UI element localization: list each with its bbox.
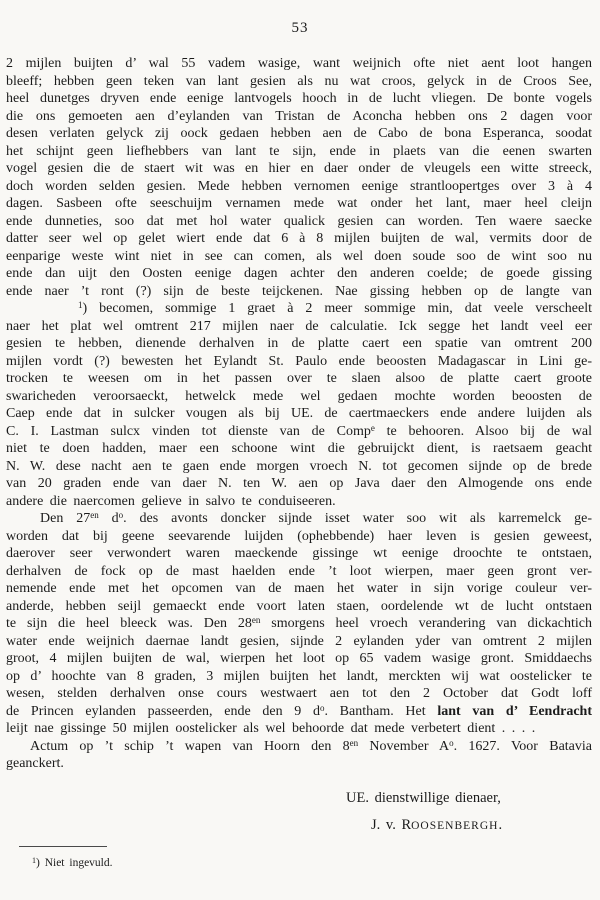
text-line: bleeff; hebben geen teken van lant gesie… — [6, 73, 592, 91]
text-line: N. W. dese nacht aen te gaen ende morgen… — [6, 458, 592, 476]
text-line: C. I. Lastman sulcx vinden tot dienste v… — [6, 423, 592, 441]
text-segment: ende naer ’t ront (?) sijn de beste teij… — [6, 284, 592, 299]
small-caps-text: oosenbergh — [411, 820, 498, 832]
text-line: datter seer wel op gelet wiert ende dat … — [6, 230, 592, 248]
text-segment: nemende ende met het opcomen van de maen… — [6, 581, 592, 596]
text-line: ende dan uijt den Oosten eenige dagen ac… — [6, 265, 592, 283]
text-segment: ende dunneties, soo dat met hol water qu… — [6, 214, 592, 229]
superscript-marker: en — [90, 510, 99, 520]
text-line: de Princen eylanden passeerden, ende den… — [6, 703, 592, 721]
text-segment: ) Niet ingevuld. — [36, 857, 113, 869]
text-segment: van 20 graden ende van daer N. ten W. ae… — [6, 476, 592, 491]
text-segment: C. I. Lastman sulcx vinden tot dienste v… — [6, 424, 371, 439]
page-number: 53 — [0, 0, 600, 37]
text-line: wesen, stelden derhalven onse cours west… — [6, 685, 592, 703]
text-segment: andere die naercomen gelieve in salvo te… — [6, 494, 336, 509]
text-line: 1) becomen, sommige 1 graet à 2 meer som… — [6, 300, 592, 318]
text-line: Actum op ’t schip ’t wapen van Hoorn den… — [6, 738, 592, 756]
text-segment: ) becomen, sommige 1 graet à 2 meer somm… — [83, 301, 593, 316]
text-segment: wesen, stelden derhalven onse cours west… — [6, 686, 592, 701]
text-line: 2 mijlen buijten d’ wal 55 vadem wasige,… — [6, 55, 592, 73]
document-page: 53 2 mijlen buijten d’ wal 55 vadem wasi… — [0, 0, 600, 900]
text-segment: die ons gemoeten aen d’eylanden van Tris… — [6, 109, 592, 124]
text-segment: vogel gesien die de staert wit was en hi… — [6, 161, 592, 176]
text-segment: desen verlaten gelyck zij oock gedaen he… — [6, 126, 592, 141]
text-segment: daerover seer verwondert waren maeckende… — [6, 546, 592, 561]
text-line: Caep ende dat in sulcker vougen als bij … — [6, 405, 592, 423]
text-line: dagen. Sasbeen ofte seeschuijm vernamen … — [6, 195, 592, 213]
text-segment: groot, 4 mijlen buijten de wal, wierpen … — [6, 651, 592, 666]
text-segment: 2 mijlen buijten d’ wal 55 vadem wasige,… — [6, 56, 592, 71]
text-segment: dagen. Sasbeen ofte seeschuijm vernamen … — [6, 196, 592, 211]
text-segment: Caep ende dat in sulcker vougen als bij … — [6, 406, 592, 421]
text-line: gesien te hebben, dienende derhalven in … — [6, 335, 592, 353]
text-segment: N. W. dese nacht aen te gaen ende morgen… — [6, 459, 592, 474]
text-segment: te sijn die heel bleeck was. Den 28 — [6, 616, 252, 631]
text-segment: . 1627. Voor Batavia — [454, 739, 592, 754]
text-segment: . des avonts doncker sijnde isset water … — [123, 511, 592, 526]
text-line: naer het plat wel omtrent 217 mijlen nae… — [6, 318, 592, 336]
text-line: groot, 4 mijlen buijten de wal, wierpen … — [6, 650, 592, 668]
text-line: water ende weijnich daernae landt gesien… — [6, 633, 592, 651]
paragraph: 2 mijlen buijten d’ wal 55 vadem wasige,… — [6, 55, 592, 510]
text-line: op d’ hoochte van 8 graden, 3 mijlen bui… — [6, 668, 592, 686]
text-segment: heel dunetges dryven ende eenige lantvog… — [6, 91, 592, 106]
text-line: daerover seer verwondert waren maeckende… — [6, 545, 592, 563]
text-segment: doch worden selden gesien. Mede hebben v… — [6, 179, 592, 194]
text-segment: datter seer wel op gelet wiert ende dat … — [6, 231, 592, 246]
superscript-marker: en — [350, 738, 359, 748]
paragraph: Den 27en do. des avonts doncker sijnde i… — [6, 510, 592, 738]
text-line: swaricheden veroorsaeckt, hetwelck mede … — [6, 388, 592, 406]
text-segment: mijlen vordt (?) bewesten het Eylandt St… — [6, 354, 592, 369]
text-segment: te behooren. Alsoo bij de wal — [375, 424, 592, 439]
text-line: heel dunetges dryven ende eenige lantvog… — [6, 90, 592, 108]
text-segment: bleeff; hebben geen teken van lant gesie… — [6, 74, 592, 89]
text-segment: . — [498, 817, 502, 833]
text-segment: water ende weijnich daernae landt gesien… — [6, 634, 592, 649]
text-line: Den 27en do. des avonts doncker sijnde i… — [6, 510, 592, 528]
text-line: ende dunneties, soo dat met hol water qu… — [6, 213, 592, 231]
text-line: die ons gemoeten aen d’eylanden van Tris… — [6, 108, 592, 126]
signature-block: UE. dienstwillige dienaer,J. v. Roosenbe… — [0, 785, 600, 840]
text-segment: Den 27 — [40, 511, 90, 526]
text-segment: de Princen eylanden passeerden, ende den… — [6, 704, 320, 719]
text-line: eenparige weste wint niet in see can com… — [6, 248, 592, 266]
text-line: nemende ende met het opcomen van de maen… — [6, 580, 592, 598]
text-segment: J. v. R — [371, 817, 411, 833]
text-line: vogel gesien die de staert wit was en hi… — [6, 160, 592, 178]
text-line: trocken te weesen om in het passen over … — [6, 370, 592, 388]
text-line: van 20 graden ende van daer N. ten W. ae… — [6, 475, 592, 493]
text-line: geanckert. — [6, 755, 592, 773]
text-segment: anderde, hebben seijl gemaeckt ende voor… — [6, 599, 592, 614]
text-line: doch worden selden gesien. Mede hebben v… — [6, 178, 592, 196]
text-segment: UE. dienstwillige dienaer, — [346, 790, 501, 806]
text-line: andere die naercomen gelieve in salvo te… — [6, 493, 592, 511]
footnote-text: 1) Niet ingevuld. — [6, 856, 406, 870]
text-line: mijlen vordt (?) bewesten het Eylandt St… — [6, 353, 592, 371]
text-line: UE. dienstwillige dienaer, — [0, 785, 600, 812]
footnote: 1) Niet ingevuld. — [6, 846, 406, 870]
text-line: J. v. Roosenbergh. — [0, 812, 600, 840]
text-segment: d — [99, 511, 119, 526]
text-segment: trocken te weesen om in het passen over … — [6, 371, 592, 386]
text-segment: ende dan uijt den Oosten eenige dagen ac… — [6, 266, 592, 281]
text-segment: Actum op ’t schip ’t wapen van Hoorn den… — [30, 739, 350, 754]
text-segment: gesien te hebben, dienende derhalven in … — [6, 336, 592, 351]
text-segment: smorgens heel vroech verandering van dic… — [260, 616, 592, 631]
text-line: niet te doen hadden, maer een schoone wi… — [6, 440, 592, 458]
text-line: anderde, hebben seijl gemaeckt ende voor… — [6, 598, 592, 616]
text-segment: swaricheden veroorsaeckt, hetwelck mede … — [6, 389, 592, 404]
text-line: worden dat bij geene seevarende luijden … — [6, 528, 592, 546]
text-segment: November A — [358, 739, 449, 754]
text-segment: op d’ hoochte van 8 graden, 3 mijlen bui… — [6, 669, 592, 684]
text-segment: derhalven de fock op de mast haelden end… — [6, 564, 592, 579]
text-segment: worden dat bij geene seevarende luijden … — [6, 529, 592, 544]
text-segment: . Bantham. Het — [324, 704, 437, 719]
text-line: het schijnt geen liefhebbers van lant te… — [6, 143, 592, 161]
footnote-rule — [19, 846, 107, 847]
text-segment: naer het plat wel omtrent 217 mijlen nae… — [6, 319, 592, 334]
text-segment: niet te doen hadden, maer een schoone wi… — [6, 441, 592, 456]
text-line: leijt nae gissinge 50 mijlen oostelicker… — [6, 720, 592, 738]
text-line: ende naer ’t ront (?) sijn de beste teij… — [6, 283, 592, 301]
text-segment: geanckert. — [6, 756, 64, 771]
text-segment: leijt nae gissinge 50 mijlen oostelicker… — [6, 721, 535, 736]
text-line: 1) Niet ingevuld. — [6, 856, 406, 870]
text-line: te sijn die heel bleeck was. Den 28en sm… — [6, 615, 592, 633]
bold-text: lant van d’ Eendracht — [437, 704, 592, 719]
document-body: 2 mijlen buijten d’ wal 55 vadem wasige,… — [0, 55, 600, 773]
text-segment: eenparige weste wint niet in see can com… — [6, 249, 592, 264]
text-line: desen verlaten gelyck zij oock gedaen he… — [6, 125, 592, 143]
text-line: derhalven de fock op de mast haelden end… — [6, 563, 592, 581]
paragraph: Actum op ’t schip ’t wapen van Hoorn den… — [6, 738, 592, 773]
text-segment: het schijnt geen liefhebbers van lant te… — [6, 144, 592, 159]
